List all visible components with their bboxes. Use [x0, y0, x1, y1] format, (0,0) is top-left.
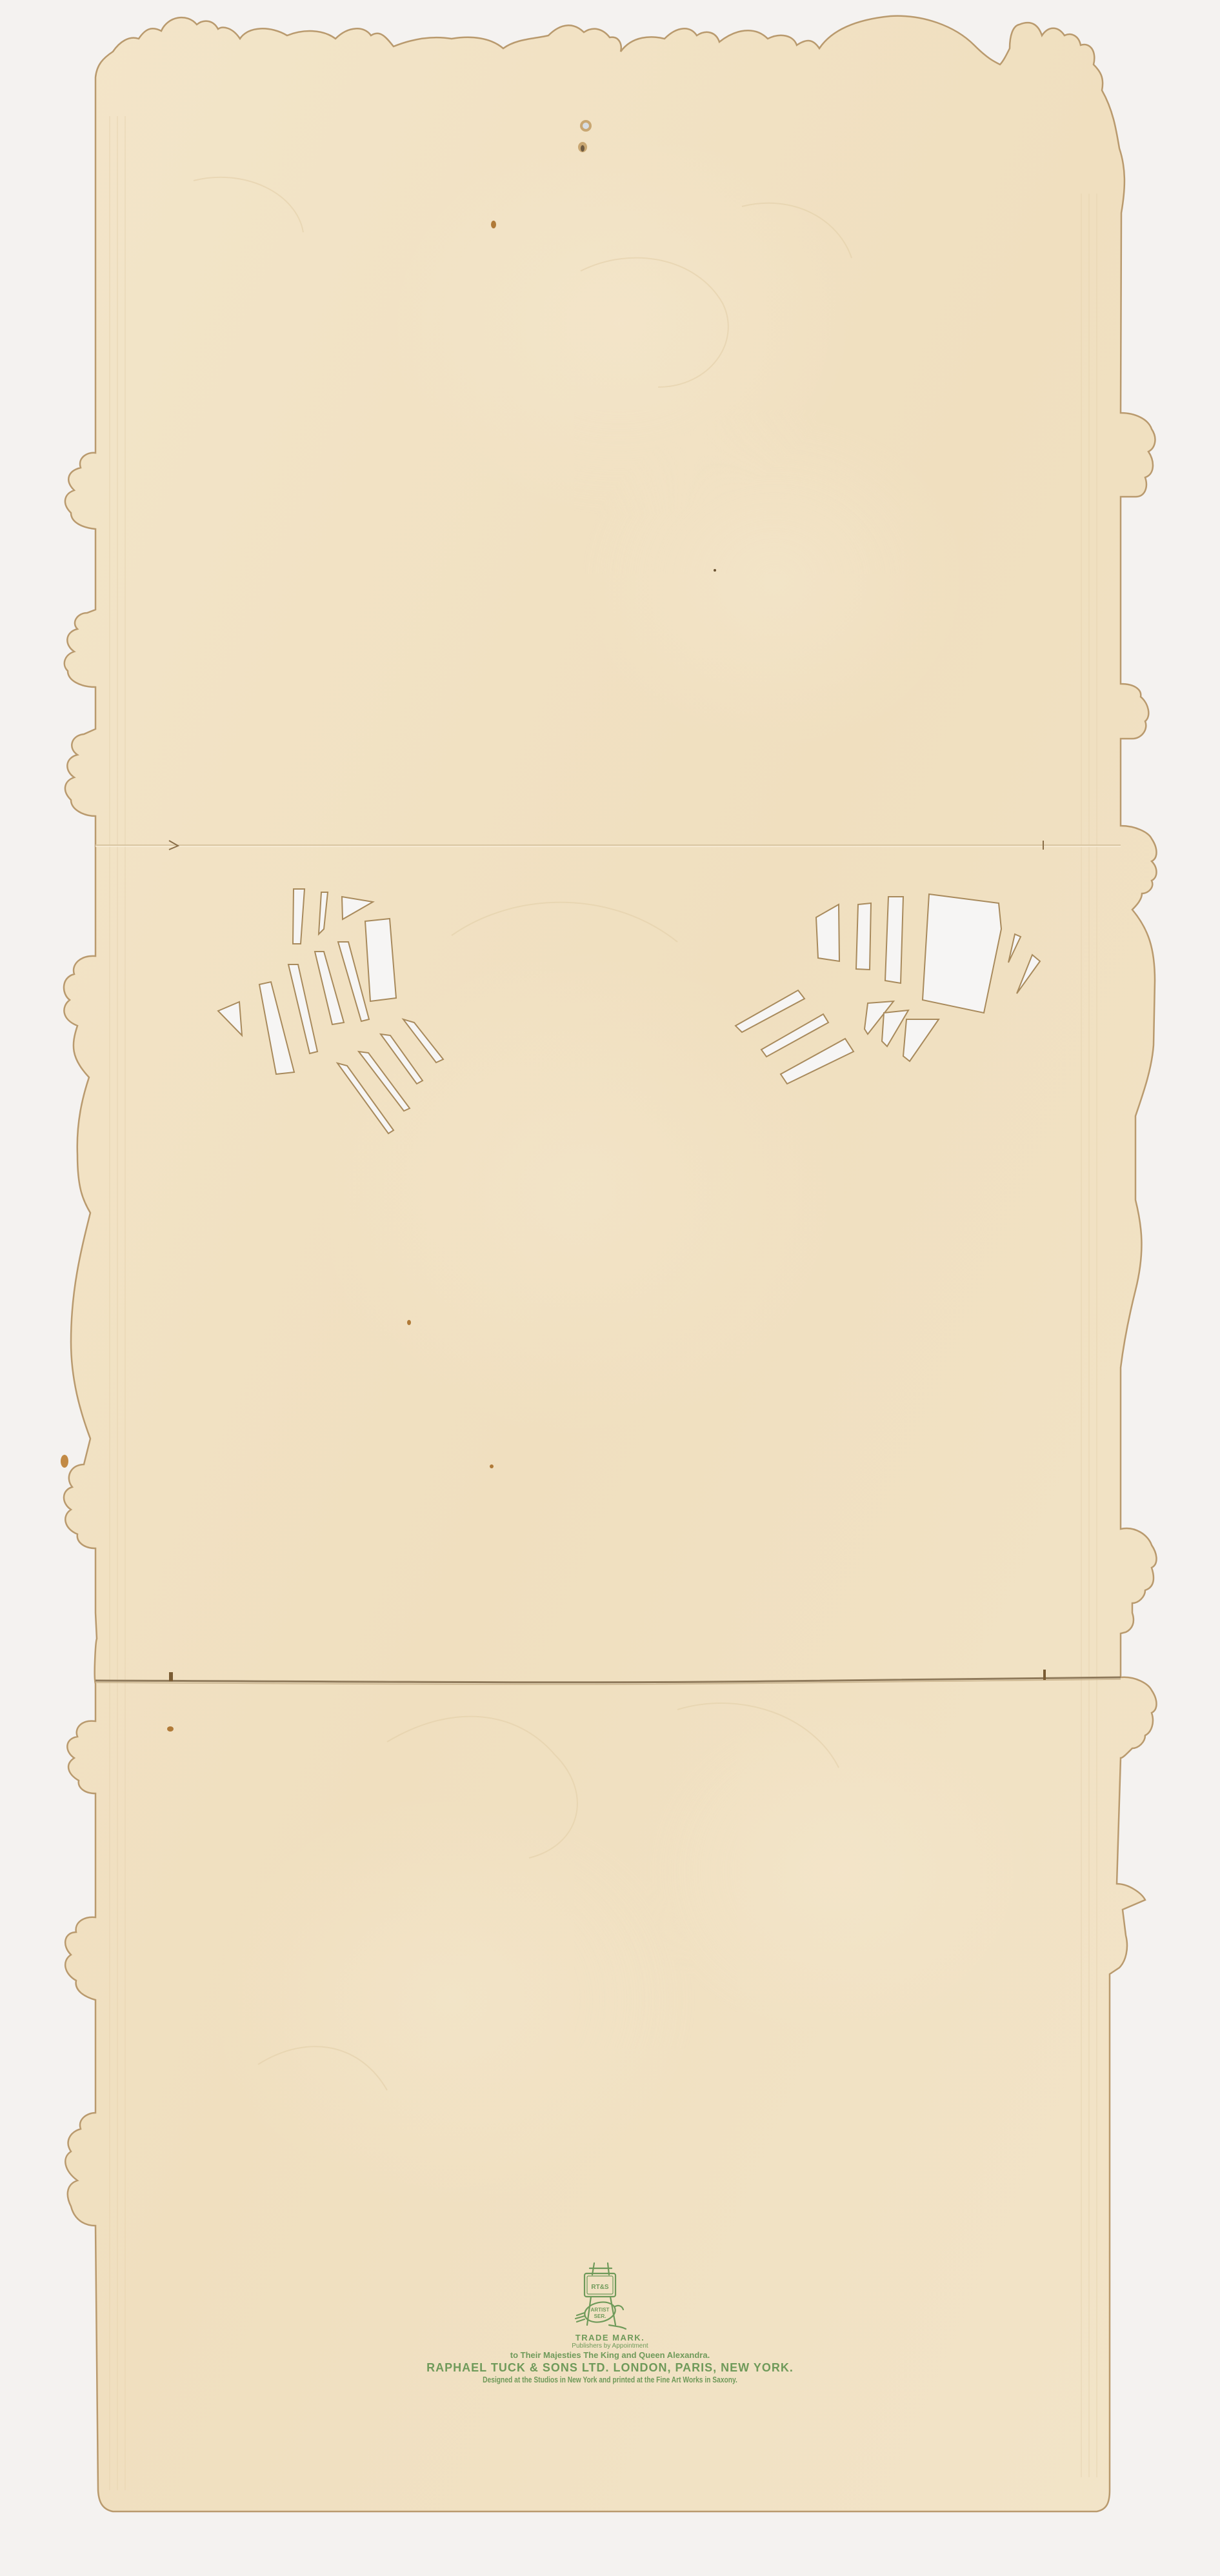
publisher-name-line: RAPHAEL TUCK & SONS LTD. LONDON, PARIS, …	[0, 2361, 1220, 2375]
royal-appointment-line: to Their Majesties The King and Queen Al…	[0, 2350, 1220, 2360]
card-scan	[0, 0, 1220, 2576]
trademark-label: TRADE MARK.	[0, 2333, 1220, 2342]
easel-monogram: RT&S	[591, 2284, 609, 2291]
palette-text-2: SER.	[594, 2313, 606, 2319]
easel-palette-icon: RT&S ARTIST SER.	[564, 2261, 637, 2333]
palette-text-1: ARTIST	[591, 2307, 610, 2313]
publishers-by-appointment: Publishers by Appointment	[0, 2342, 1220, 2350]
design-credit-line: Designed at the Studios in New York and …	[110, 2375, 1110, 2384]
